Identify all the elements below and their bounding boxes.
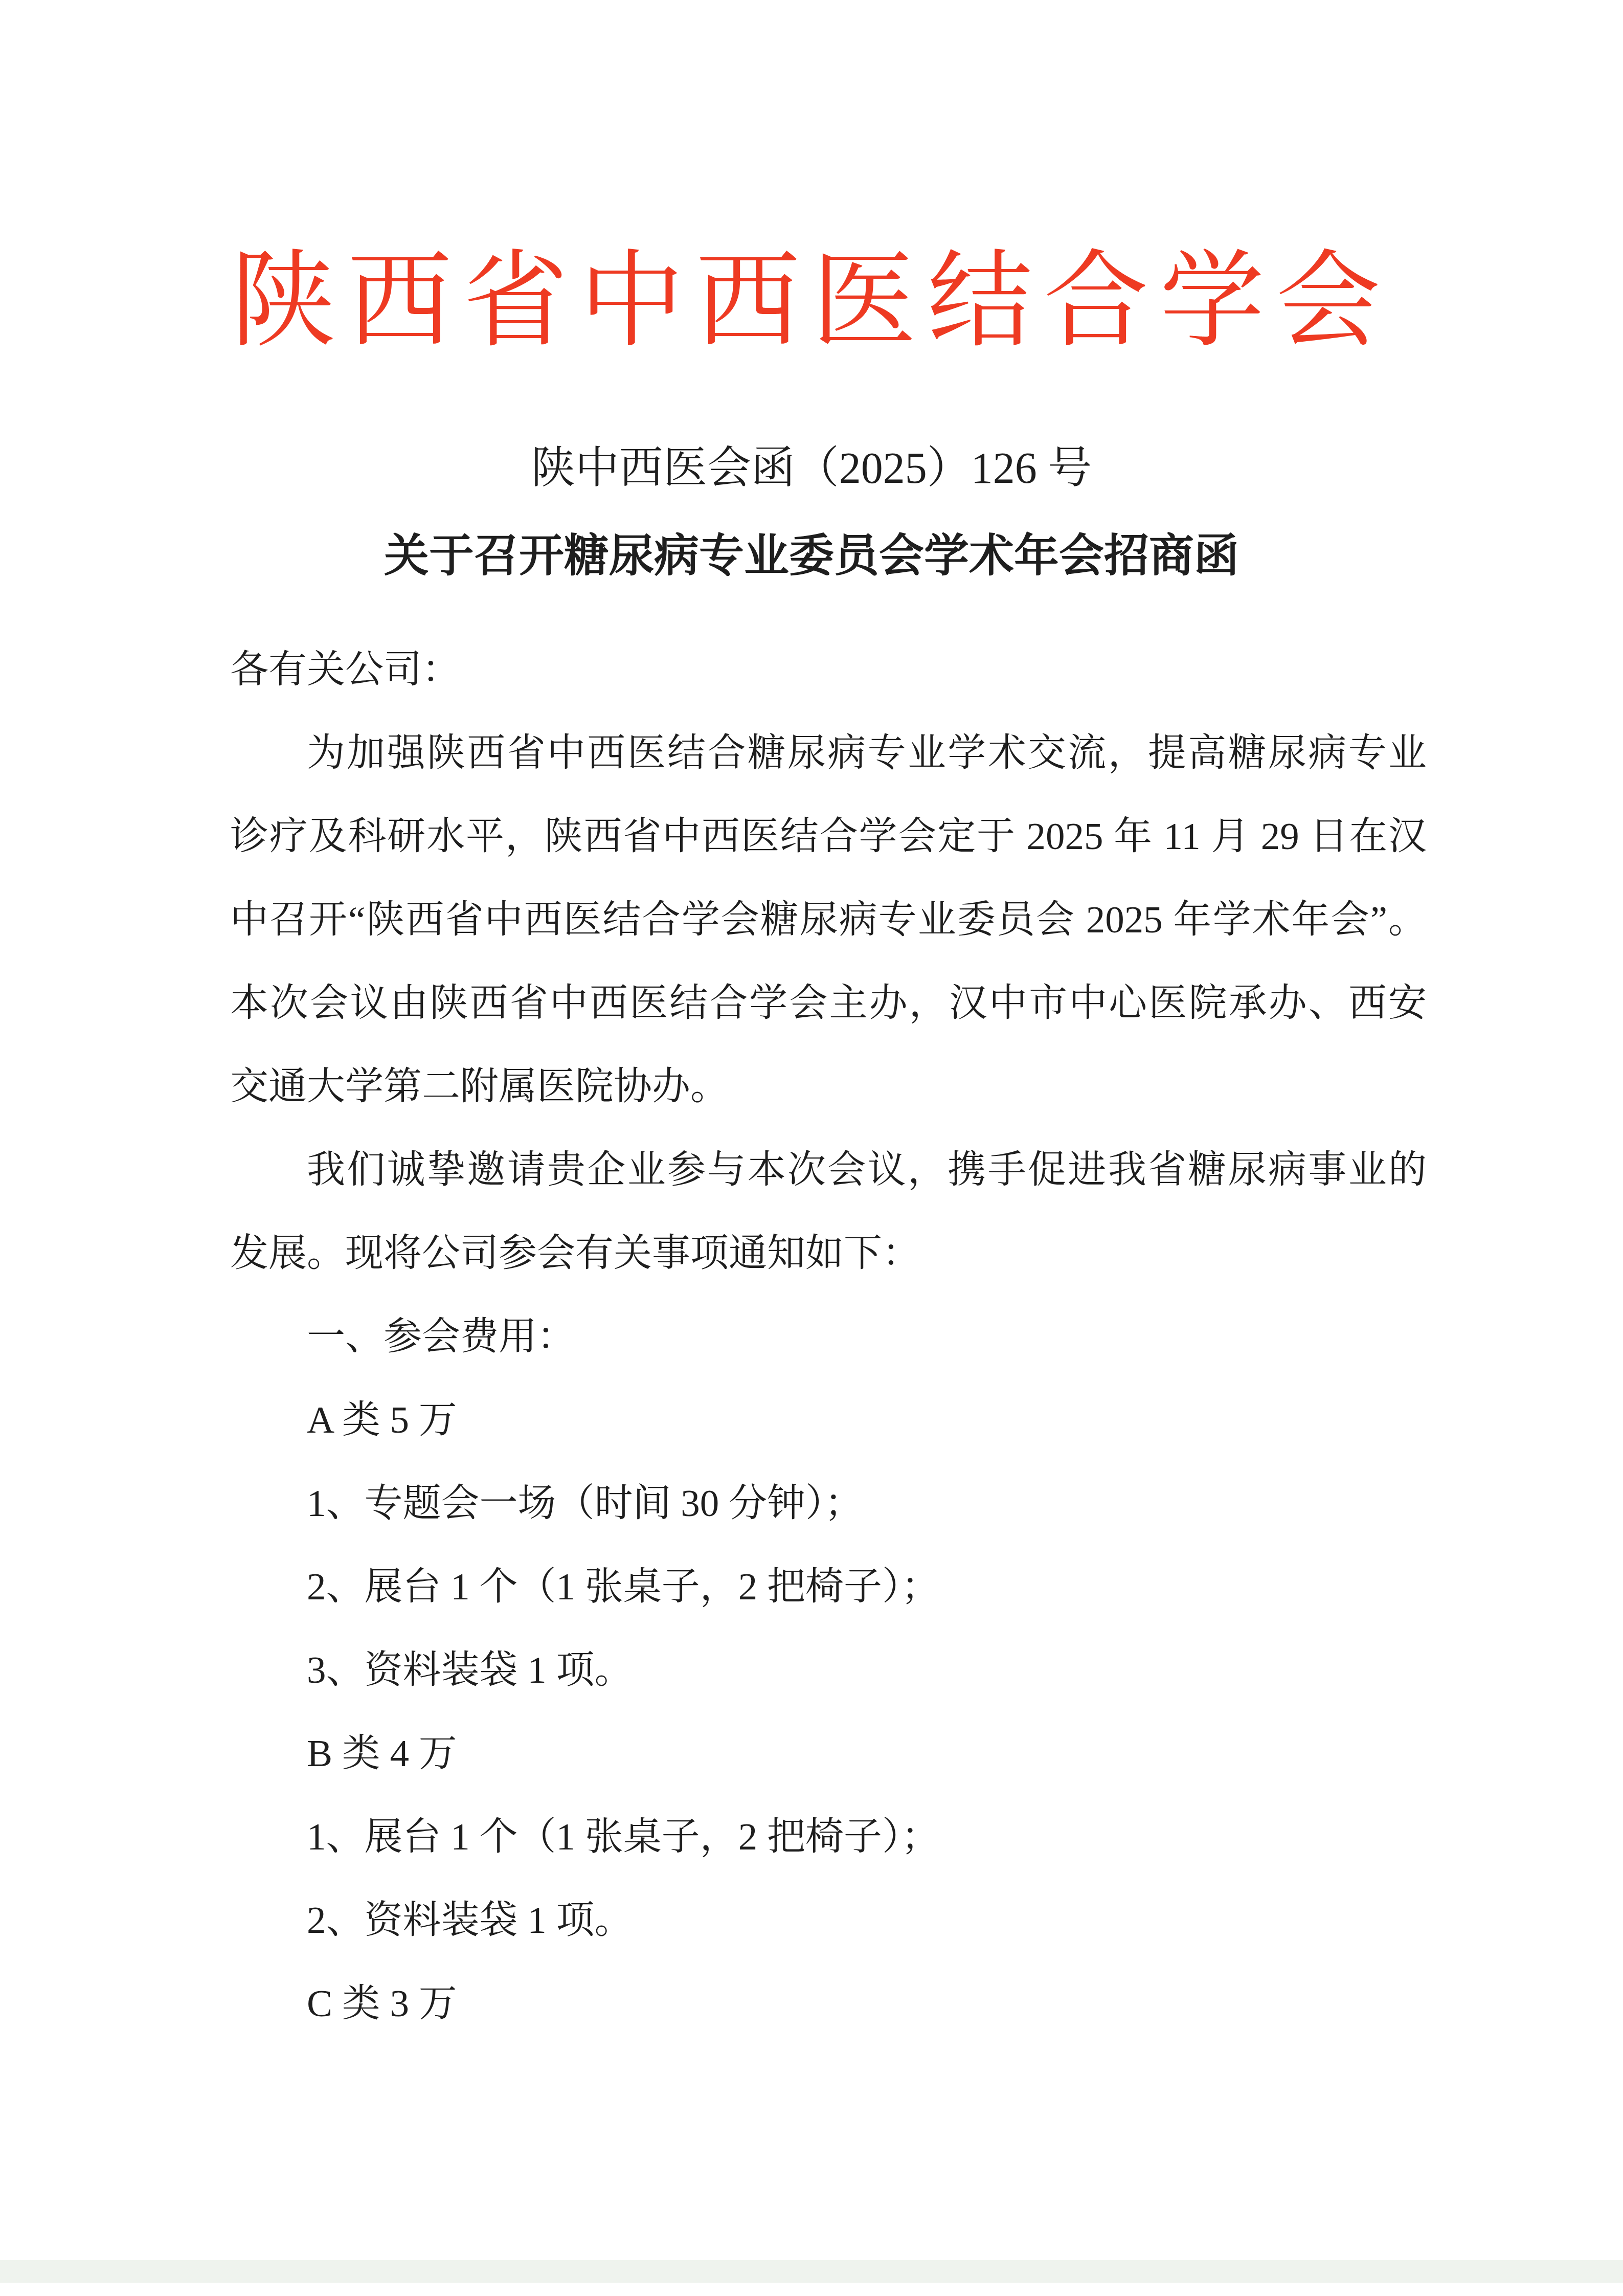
body-line: 各有关公司： [230, 628, 1427, 711]
document-body: 各有关公司：为加强陕西省中西医结合糖尿病专业学术交流，提高糖尿病专业诊疗及科研水… [230, 628, 1427, 2045]
body-line: 我们诚挚邀请贵企业参与本次会议，携手促进我省糖尿病事业的 [230, 1128, 1427, 1212]
body-line: 一、参会费用： [230, 1295, 1427, 1378]
body-line: 2、展台 1 个（1 张桌子，2 把椅子）； [230, 1545, 1427, 1629]
body-line: 1、展台 1 个（1 张桌子，2 把椅子）； [230, 1795, 1427, 1879]
body-line: B 类 4 万 [230, 1712, 1427, 1795]
body-line: C 类 3 万 [230, 1962, 1427, 2045]
body-line: 3、资料装袋 1 项。 [230, 1629, 1427, 1712]
body-line: 发展。现将公司参会有关事项通知如下： [230, 1212, 1427, 1295]
body-line: 为加强陕西省中西医结合糖尿病专业学术交流，提高糖尿病专业 [230, 711, 1427, 795]
document-page: 陕西省中西医结合学会 陕中西医会函（2025）126 号 关于召开糖尿病专业委员… [0, 0, 1623, 2296]
body-line: 中召开“陕西省中西医结合学会糖尿病专业委员会 2025 年学术年会”。 [230, 878, 1427, 962]
body-line: 诊疗及科研水平，陕西省中西医结合学会定于 2025 年 11 月 29 日在汉 [230, 795, 1427, 878]
body-line: A 类 5 万 [230, 1378, 1427, 1462]
doc-number: 陕中西医会函（2025）126 号 [0, 440, 1623, 496]
body-line: 1、专题会一场（时间 30 分钟）； [230, 1462, 1427, 1545]
body-line: 本次会议由陕西省中西医结合学会主办，汉中市中心医院承办、西安 [230, 962, 1427, 1045]
document-title: 关于召开糖尿病专业委员会学术年会招商函 [0, 524, 1623, 588]
body-line: 交通大学第二附属医院协办。 [230, 1045, 1427, 1128]
letterhead-title: 陕西省中西医结合学会 [0, 225, 1623, 378]
scan-edge-artifact [0, 2260, 1623, 2283]
body-line: 2、资料装袋 1 项。 [230, 1879, 1427, 1962]
